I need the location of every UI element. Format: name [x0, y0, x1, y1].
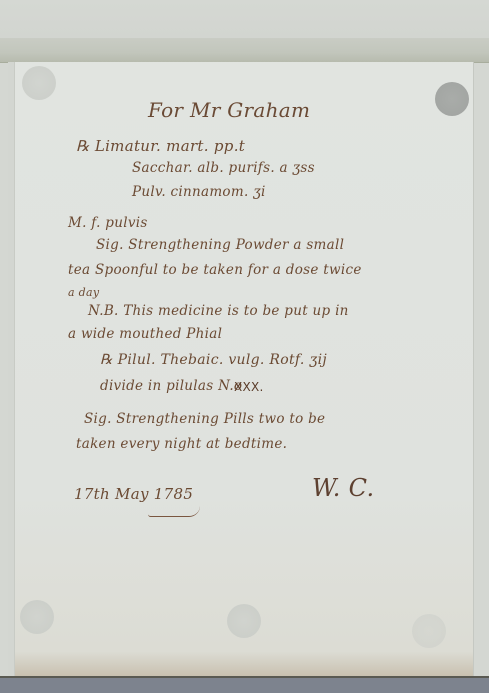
punch-hole-bottom-center: [227, 604, 261, 638]
date-flourish: [148, 506, 200, 517]
prescription-line: ℞ Limatur. mart. pp.t: [76, 137, 245, 155]
signature: W. C.: [312, 474, 374, 502]
nota-bene-line: a wide mouthed Phial: [68, 326, 222, 342]
punch-hole-bottom-left: [20, 600, 54, 634]
prescription-line: a day: [68, 286, 99, 299]
prescription-line: Pulv. cinnamom. ʒi: [132, 184, 266, 200]
scan-bottom-strip: [0, 676, 489, 693]
prescription-line: Sig. Strengthening Pills two to be: [84, 411, 325, 427]
prescription-line: taken every night at bedtime.: [76, 436, 287, 452]
prescription-line: M. f. pulvis: [68, 215, 148, 231]
pill-count: XXX.: [234, 380, 264, 394]
punch-hole-top-right: [435, 82, 469, 116]
prescription-line: Sacchar. alb. purifs. a ʒss: [132, 160, 315, 176]
nota-bene-line: N.B. This medicine is to be put up in: [88, 303, 349, 319]
prescription-line: Sig. Strengthening Powder a small: [96, 237, 344, 253]
top-fold-flap: [0, 0, 489, 39]
prescription-line: tea Spoonful to be taken for a dose twic…: [68, 262, 362, 278]
prescription-line: ℞ Pilul. Thebaic. vulg. Rotf. ʒij: [100, 352, 327, 368]
heading: For Mr Graham: [148, 98, 310, 122]
punch-hole-bottom-right: [412, 614, 446, 648]
prescription-line: divide in pilulas N.o: [100, 378, 242, 394]
date: 17th May 1785: [74, 485, 193, 503]
punch-hole-top-left: [22, 66, 56, 100]
fold-crease-band: [0, 38, 489, 63]
